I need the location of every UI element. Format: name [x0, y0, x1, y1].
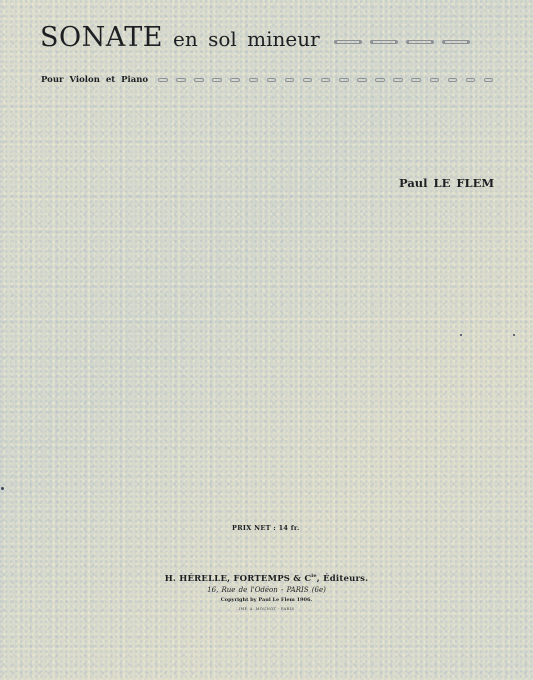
ornament-icon [339, 78, 349, 82]
ornament-icon [357, 78, 367, 82]
publisher-address: 16, Rue de l'Odéon - PARIS (6e) [0, 586, 533, 594]
ornament-icon [375, 78, 385, 82]
ornament-icon [267, 78, 277, 82]
ornament-icon [249, 78, 259, 82]
flourish-ornament-icon [442, 39, 470, 46]
ornament-icon [212, 78, 222, 82]
flourish-ornament-icon [406, 39, 434, 46]
title-key: en sol mineur [173, 27, 320, 51]
sheet-music-cover: SONATE en sol mineur Pour Violon et Pian… [0, 0, 533, 680]
instrumentation: Pour Violon et Piano [41, 75, 148, 85]
ornament-icon [321, 78, 331, 82]
subtitle: Pour Violon et Piano [41, 75, 493, 85]
ornament-icon [393, 78, 403, 82]
ornament-icon [194, 78, 204, 82]
ornament-icon [466, 78, 476, 82]
ornament-icon [176, 78, 186, 82]
paper-speck [460, 334, 462, 336]
price: PRIX NET : 14 fr. [232, 524, 300, 532]
ornament-icon [448, 78, 458, 82]
subtitle-ornament-line [158, 78, 493, 82]
publisher-suffix: , Éditeurs. [317, 574, 369, 584]
publisher-name: H. HÉRELLE, FORTEMPS & C [165, 574, 312, 584]
ornament-icon [484, 78, 494, 82]
title-flourish-ornaments [334, 39, 470, 46]
ornament-icon [430, 78, 440, 82]
paper-speck [1, 487, 4, 490]
ornament-icon [303, 78, 313, 82]
flourish-ornament-icon [334, 39, 362, 46]
paper-speck [513, 334, 515, 336]
ornament-icon [158, 78, 168, 82]
composer-name: Paul LE FLEM [399, 176, 494, 190]
ornament-icon [285, 78, 295, 82]
printer-credit: IMP. A. MOUNOT - PARIS [0, 607, 533, 611]
ornament-icon [230, 78, 240, 82]
ornament-icon [411, 78, 421, 82]
copyright-notice: Copyright by Paul Le Flem 1906. [0, 597, 533, 603]
publisher: H. HÉRELLE, FORTEMPS & Cie, Éditeurs. [0, 573, 533, 584]
title-main: SONATE [40, 22, 163, 53]
flourish-ornament-icon [370, 39, 398, 46]
title: SONATE en sol mineur [40, 22, 470, 53]
